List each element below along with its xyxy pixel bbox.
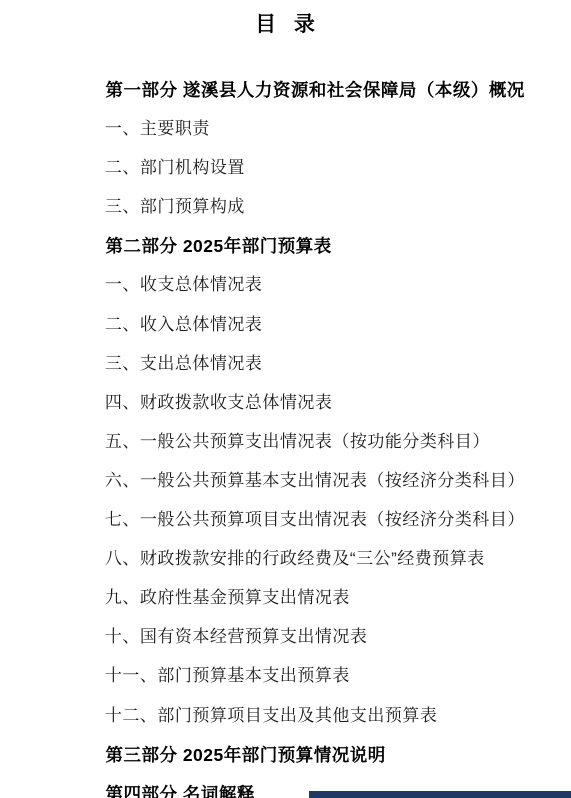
toc-item: 四、财政拨款收支总体情况表 xyxy=(84,373,551,412)
toc-item-text: 二、部门机构设置 xyxy=(105,158,245,177)
toc-item-text: 三、支出总体情况表 xyxy=(105,354,263,373)
toc-item: 五、一般公共预算支出情况表（按功能分类科目） xyxy=(84,412,551,451)
toc-item: 八、财政拨款安排的行政经费及“三公”经费预算表 xyxy=(84,529,551,568)
toc-item-text: 三、部门预算构成 xyxy=(105,197,245,216)
toc-item-text: 八、财政拨款安排的行政经费及“三公”经费预算表 xyxy=(105,549,485,568)
toc-item: 二、部门机构设置 xyxy=(84,138,551,177)
toc-item: 十一、部门预算基本支出预算表 xyxy=(84,646,551,685)
toc-item: 十二、部门预算项目支出及其他支出预算表 xyxy=(84,686,551,725)
toc-item-text: 第三部分 2025年部门预算情况说明 xyxy=(105,745,385,765)
toc-item-text: 十二、部门预算项目支出及其他支出预算表 xyxy=(105,706,438,725)
toc-item-text: 四、财政拨款收支总体情况表 xyxy=(105,393,333,412)
footer-partial-bar xyxy=(309,791,571,798)
document-page: 目 录 第一部分 遂溪县人力资源和社会保障局（本级）概况 一、主要职责 二、部门… xyxy=(0,0,571,798)
toc-list: 第一部分 遂溪县人力资源和社会保障局（本级）概况 一、主要职责 二、部门机构设置… xyxy=(84,60,551,798)
toc-item-text: 十一、部门预算基本支出预算表 xyxy=(105,666,350,685)
toc-item-text: 第四部分 名词解释 xyxy=(105,784,254,798)
toc-item: 十、国有资本经营预算支出情况表 xyxy=(84,607,551,646)
toc-item-text: 六、一般公共预算基本支出情况表（按经济分类科目） xyxy=(105,471,525,490)
toc-item-text: 二、收入总体情况表 xyxy=(105,315,263,334)
toc-item: 一、收支总体情况表 xyxy=(84,255,551,294)
toc-item: 二、收入总体情况表 xyxy=(84,295,551,334)
toc-item-text: 一、主要职责 xyxy=(105,119,210,138)
page-title: 目 录 xyxy=(0,8,571,38)
toc-item: 一、主要职责 xyxy=(84,99,551,138)
toc-item: 三、支出总体情况表 xyxy=(84,334,551,373)
toc-item: 第一部分 遂溪县人力资源和社会保障局（本级）概况 xyxy=(84,60,551,99)
toc-item-text: 第一部分 遂溪县人力资源和社会保障局（本级）概况 xyxy=(105,80,524,100)
toc-item-text: 七、一般公共预算项目支出情况表（按经济分类科目） xyxy=(105,510,525,529)
toc-item: 六、一般公共预算基本支出情况表（按经济分类科目） xyxy=(84,451,551,490)
toc-item-text: 九、政府性基金预算支出情况表 xyxy=(105,588,350,607)
toc-item: 第二部分 2025年部门预算表 xyxy=(84,216,551,255)
toc-item-text: 一、收支总体情况表 xyxy=(105,275,263,294)
toc-item: 七、一般公共预算项目支出情况表（按经济分类科目） xyxy=(84,490,551,529)
toc-item-text: 第二部分 2025年部门预算表 xyxy=(105,236,331,256)
toc-item-text: 十、国有资本经营预算支出情况表 xyxy=(105,627,368,646)
toc-item: 第三部分 2025年部门预算情况说明 xyxy=(84,725,551,764)
toc-item: 九、政府性基金预算支出情况表 xyxy=(84,568,551,607)
toc-item-text: 五、一般公共预算支出情况表（按功能分类科目） xyxy=(105,432,490,451)
toc-item: 三、部门预算构成 xyxy=(84,177,551,216)
